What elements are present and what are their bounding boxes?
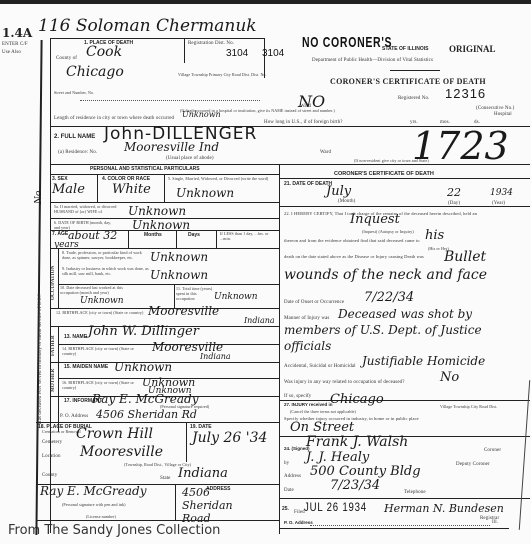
coroner-label: Coroner [484, 448, 501, 453]
father-name-value: John W. Dillinger [88, 324, 199, 339]
spouse-row-top [50, 202, 279, 203]
signed-value: Frank J. Walsh [306, 434, 408, 450]
city-value: Chicago [66, 64, 124, 80]
date-of-death-label: 21. DATE OF DEATH [284, 181, 332, 187]
military-answer: No [34, 191, 44, 204]
cert-section-title: CORONER'S CERTIFICATE OF DEATH [334, 171, 434, 177]
birthplace-value: Mooresville [148, 304, 219, 318]
burial-state-value: Indiana [178, 466, 228, 481]
undertaker-signature: Ray E. McGready [40, 484, 147, 498]
burial-sub: Cremation or Removal [42, 429, 81, 434]
trade-value: Unknown [150, 250, 208, 264]
accident-label: Accidental, Suicidal or Homicidal [284, 364, 356, 369]
length-label: Length of residence in city or town wher… [54, 116, 174, 121]
form-left-border [35, 40, 42, 535]
header-divider [390, 70, 440, 71]
hospital-label: Hospital [494, 112, 512, 117]
hereby-top [279, 206, 530, 207]
top-handwritten-note: 116 Soloman Chermanuk [38, 16, 257, 36]
license-note: (License number) [86, 514, 116, 519]
location-value: Mooresville [80, 444, 163, 460]
collection-caption: From The Sandy Jones Collection [8, 523, 220, 538]
manner-value: Deceased was shot by members of U.S. Dep… [284, 306, 526, 354]
from-label: thereon and from the evidence obtained f… [284, 238, 524, 243]
days-divider [176, 230, 177, 248]
po-label: P. O. Address [60, 414, 88, 419]
age-label: 7. AGE [52, 231, 68, 237]
full-name-label: 2. FULL NAME [54, 134, 95, 140]
original-label: ORIGINAL [449, 44, 496, 54]
occupation-top [50, 248, 279, 249]
registration-no-2: 3104 [262, 48, 284, 59]
deputy-label: Deputy Coroner [456, 462, 490, 467]
sex-value: Male [52, 182, 85, 197]
injury-type-note: Village Township City Road Dist. [440, 404, 500, 409]
undertaker-note: (Personal signature with pen and ink) [62, 502, 126, 507]
street-label: Street and Number, No. [54, 90, 94, 95]
form-number: 1.4A [2, 26, 32, 40]
birthplace-label: 12. BIRTHPLACE (city or town) (State or … [56, 310, 146, 315]
registrar-signature: Herman N. Bundesen [384, 502, 504, 515]
father-side-label: FATHER [51, 335, 56, 356]
total-time-label: 11. Total time (years) spent in this occ… [176, 286, 216, 301]
cemetery-value: Crown Hill [76, 426, 153, 442]
cert-address-label: Address [284, 474, 301, 479]
accident-value: Justifiable Homicide [362, 354, 485, 368]
form-bottom-right [279, 528, 509, 529]
cert-section-top [279, 164, 530, 165]
held-note: (Inquest) (Autopsy or Inquiry) [362, 229, 414, 234]
filed-stamp: JUL 26 1934 [304, 500, 367, 514]
telephone-label: Telephone [404, 490, 426, 495]
last-worked-label: 10. Date deceased last worked at this oc… [60, 285, 136, 295]
residence-note: (Usual place of abode) [166, 156, 214, 161]
onset-value: 7/22/34 [364, 290, 414, 305]
cert-po-label: P. O. Address [284, 520, 313, 525]
residence-ward-label: Ward [320, 150, 331, 155]
parents-side-border [58, 326, 59, 432]
department-label: Department of Public Health—Division of … [312, 58, 433, 63]
street-line [80, 100, 260, 101]
occupation-side-label: OCCUPATION [51, 266, 56, 300]
cause-value: Bullet wounds of the neck and face [284, 248, 514, 284]
burial-date-divider [186, 422, 187, 462]
days-label: Days [188, 232, 200, 238]
occupation-side-border [58, 248, 59, 308]
cert-address-value: 500 County Bldg [310, 464, 421, 479]
injury-note: (Cancel the three terms not applicable) [290, 409, 356, 414]
residence-label: (a) Residence: No. [58, 150, 97, 155]
sex-divider [97, 174, 98, 202]
injury-top [279, 400, 530, 401]
location-label: Location [42, 454, 61, 459]
place-box-top [50, 38, 265, 39]
less-divider [216, 230, 217, 248]
held-value: Inquest [350, 212, 400, 227]
cemetery-label: Cemetery [42, 440, 62, 445]
personal-title: PERSONAL AND STATISTICAL PARTICULARS [90, 166, 200, 172]
file-number: 1723 [412, 124, 509, 168]
father-birthplace-state: Indiana [200, 352, 231, 361]
death-certificate-scan: 1.4A ENTER C/F Use Also 116 Soloman Cher… [0, 0, 531, 544]
day-value: 22 [447, 186, 461, 199]
last-worked-value: Unknown [80, 296, 124, 306]
father-birthplace-label: 14. BIRTHPLACE (city or town) (State or … [62, 346, 142, 356]
address-divider [175, 484, 176, 520]
burial-date-value: July 26 '34 [192, 430, 267, 446]
state-label: STATE OF ILLINOIS [382, 46, 428, 52]
onset-label: Date of Onset or Occurrence [284, 300, 344, 305]
injury-place-value: Chicago [330, 392, 384, 407]
filed-num: 25. [282, 506, 289, 512]
if-so-label: If so, specify [284, 394, 311, 399]
mother-birthplace-label: 16. BIRTHPLACE (city or town) (State or … [62, 380, 142, 390]
mother-maiden-value: Unknown [114, 360, 172, 374]
filed-top [279, 498, 530, 499]
father-name-label: 13. NAME [64, 334, 87, 340]
burial-top [36, 422, 279, 423]
ill-label: Ill. [492, 520, 498, 525]
certificate-title: CORONER'S CERTIFICATE OF DEATH [330, 77, 486, 86]
injury-place-label: 27. INJURY received in [284, 402, 333, 407]
burial-county-label: County [42, 473, 57, 478]
year-value: 1934 [490, 188, 513, 198]
village-note: Village Township Primary City Road Dist.… [178, 72, 267, 77]
months-label: Months [144, 232, 162, 238]
month-value: July [326, 184, 351, 199]
related-label: Was injury in any way related to occupat… [284, 380, 405, 385]
county-label: County of [56, 56, 77, 61]
months-divider [128, 230, 129, 248]
form-sub1: ENTER C/F [2, 42, 28, 47]
center-divider [279, 164, 280, 534]
how-long-label: How long in U.S., if of foreign birth? [264, 120, 343, 125]
po-value: 4506 Sheridan Rd [96, 408, 197, 421]
total-time-value: Unknown [214, 292, 258, 302]
scan-edge-mark [519, 380, 530, 530]
reg-divider [184, 38, 185, 63]
county-value: Cook [86, 44, 122, 60]
scan-border [0, 0, 531, 4]
registration-label: Registration Dist. No. [188, 41, 234, 46]
spouse-value: Unknown [128, 204, 186, 218]
no-coroner-stamp: NO CORONER'S [302, 34, 392, 51]
registered-no-label: Registered No. [398, 96, 429, 101]
marital-value: Unknown [176, 186, 234, 200]
mother-maiden-label: 15. MAIDEN NAME [64, 364, 108, 370]
by-value: J. J. Healy [306, 450, 369, 465]
related-value: No [440, 370, 459, 385]
marital-label: 5. Single, Married, Widowed, or Divorced… [168, 176, 278, 181]
color-divider [164, 174, 165, 202]
by-label: by [284, 461, 289, 466]
burial-state-label: State [160, 476, 171, 481]
dod-top [279, 178, 530, 179]
month-label: (Month) [338, 199, 355, 204]
spouse-label: 5a. If married, widowed, or divorced HUS… [54, 204, 124, 214]
trade-label: 8. Trade, profession, or particular kind… [62, 250, 152, 260]
military-note: Has deceased ever served in military or … [38, 294, 43, 424]
cert-date-value: 7/23/34 [330, 478, 380, 493]
form-sub2: Use Also [2, 50, 21, 55]
length-value: Unknown [182, 110, 221, 119]
registration-no: 3104 [226, 48, 248, 59]
industry-label: 9. Industry or business in which work wa… [62, 266, 152, 276]
specify-value: On Street [290, 420, 354, 435]
residence-value: Mooresville Ind [124, 140, 219, 154]
registered-no: 12316 [445, 86, 486, 101]
cert-po-line [310, 525, 490, 526]
came-to-value: his [425, 228, 444, 243]
form-bottom-left [36, 520, 279, 521]
cert-date-label: Date [284, 488, 294, 493]
mother-side-label: MOTHER [51, 369, 56, 392]
consecutive-label: (Consecutive No.) [476, 106, 514, 111]
less-label: If LESS than 1 day, ...hrs. or ...min. [220, 231, 276, 241]
industry-value: Unknown [150, 268, 208, 282]
hereby-label: 22. I HEREBY CERTIFY, That I took charge… [284, 208, 524, 220]
birthplace-state: Indiana [244, 316, 275, 325]
color-value: White [112, 182, 151, 197]
